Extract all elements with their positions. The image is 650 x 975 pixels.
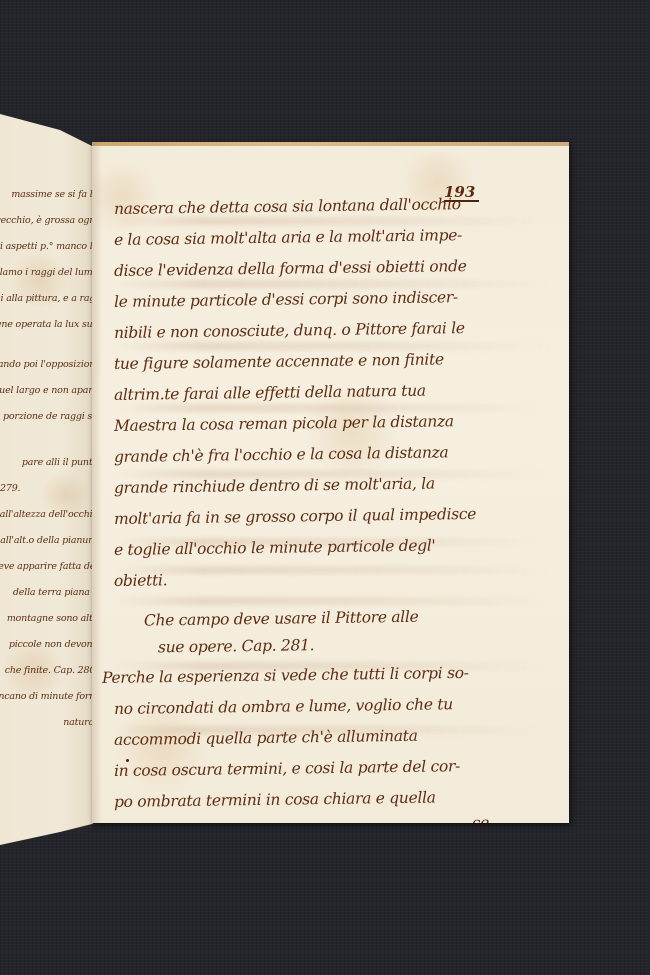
left-line: all'altezza dell'occhio xyxy=(0,502,98,528)
left-line: all'alt.o della pianura xyxy=(0,528,98,554)
right-page: 193 nascera che detta cosa sia lontana d… xyxy=(92,142,569,823)
left-line: montagne sono alte xyxy=(0,606,98,632)
left-line: che finite. Cap. 280. xyxy=(0,658,98,684)
left-line: mancano di minute form xyxy=(0,684,98,710)
left-line: piccole non devono xyxy=(0,632,98,658)
left-line: della terra piana e xyxy=(0,580,98,606)
text-line: obietti. xyxy=(114,560,555,606)
left-line: ai aspetti p.° manco le xyxy=(0,234,98,260)
margin-dot xyxy=(126,759,129,762)
left-line: porzione de raggi su xyxy=(0,404,98,430)
left-line: ando poi l'opposizioni xyxy=(0,352,98,378)
left-line: deve apparire fatta del xyxy=(0,554,98,580)
left-page-text: massime se si fa la vecchio, è grossa og… xyxy=(0,182,98,736)
left-page-fragment: massime se si fa la vecchio, è grossa og… xyxy=(0,0,98,975)
left-line: vecchio, è grossa ogni xyxy=(0,208,98,234)
manuscript-text: nascera che detta cosa sia lontana dall'… xyxy=(114,194,554,823)
left-line: hai alla pittura, e a rag. xyxy=(0,286,98,312)
left-line: la bene operata la lux sua xyxy=(0,312,98,338)
left-line-chapter-number: 279. xyxy=(0,476,98,502)
left-line xyxy=(0,430,98,450)
left-line: massime se si fa la xyxy=(0,182,98,208)
left-line: quel largo e non apare xyxy=(0,378,98,404)
left-line: la lamo i raggi del lume xyxy=(0,260,98,286)
left-line xyxy=(0,338,98,352)
left-line: natura xyxy=(0,710,98,736)
left-line: pare alli il punto xyxy=(0,450,98,476)
